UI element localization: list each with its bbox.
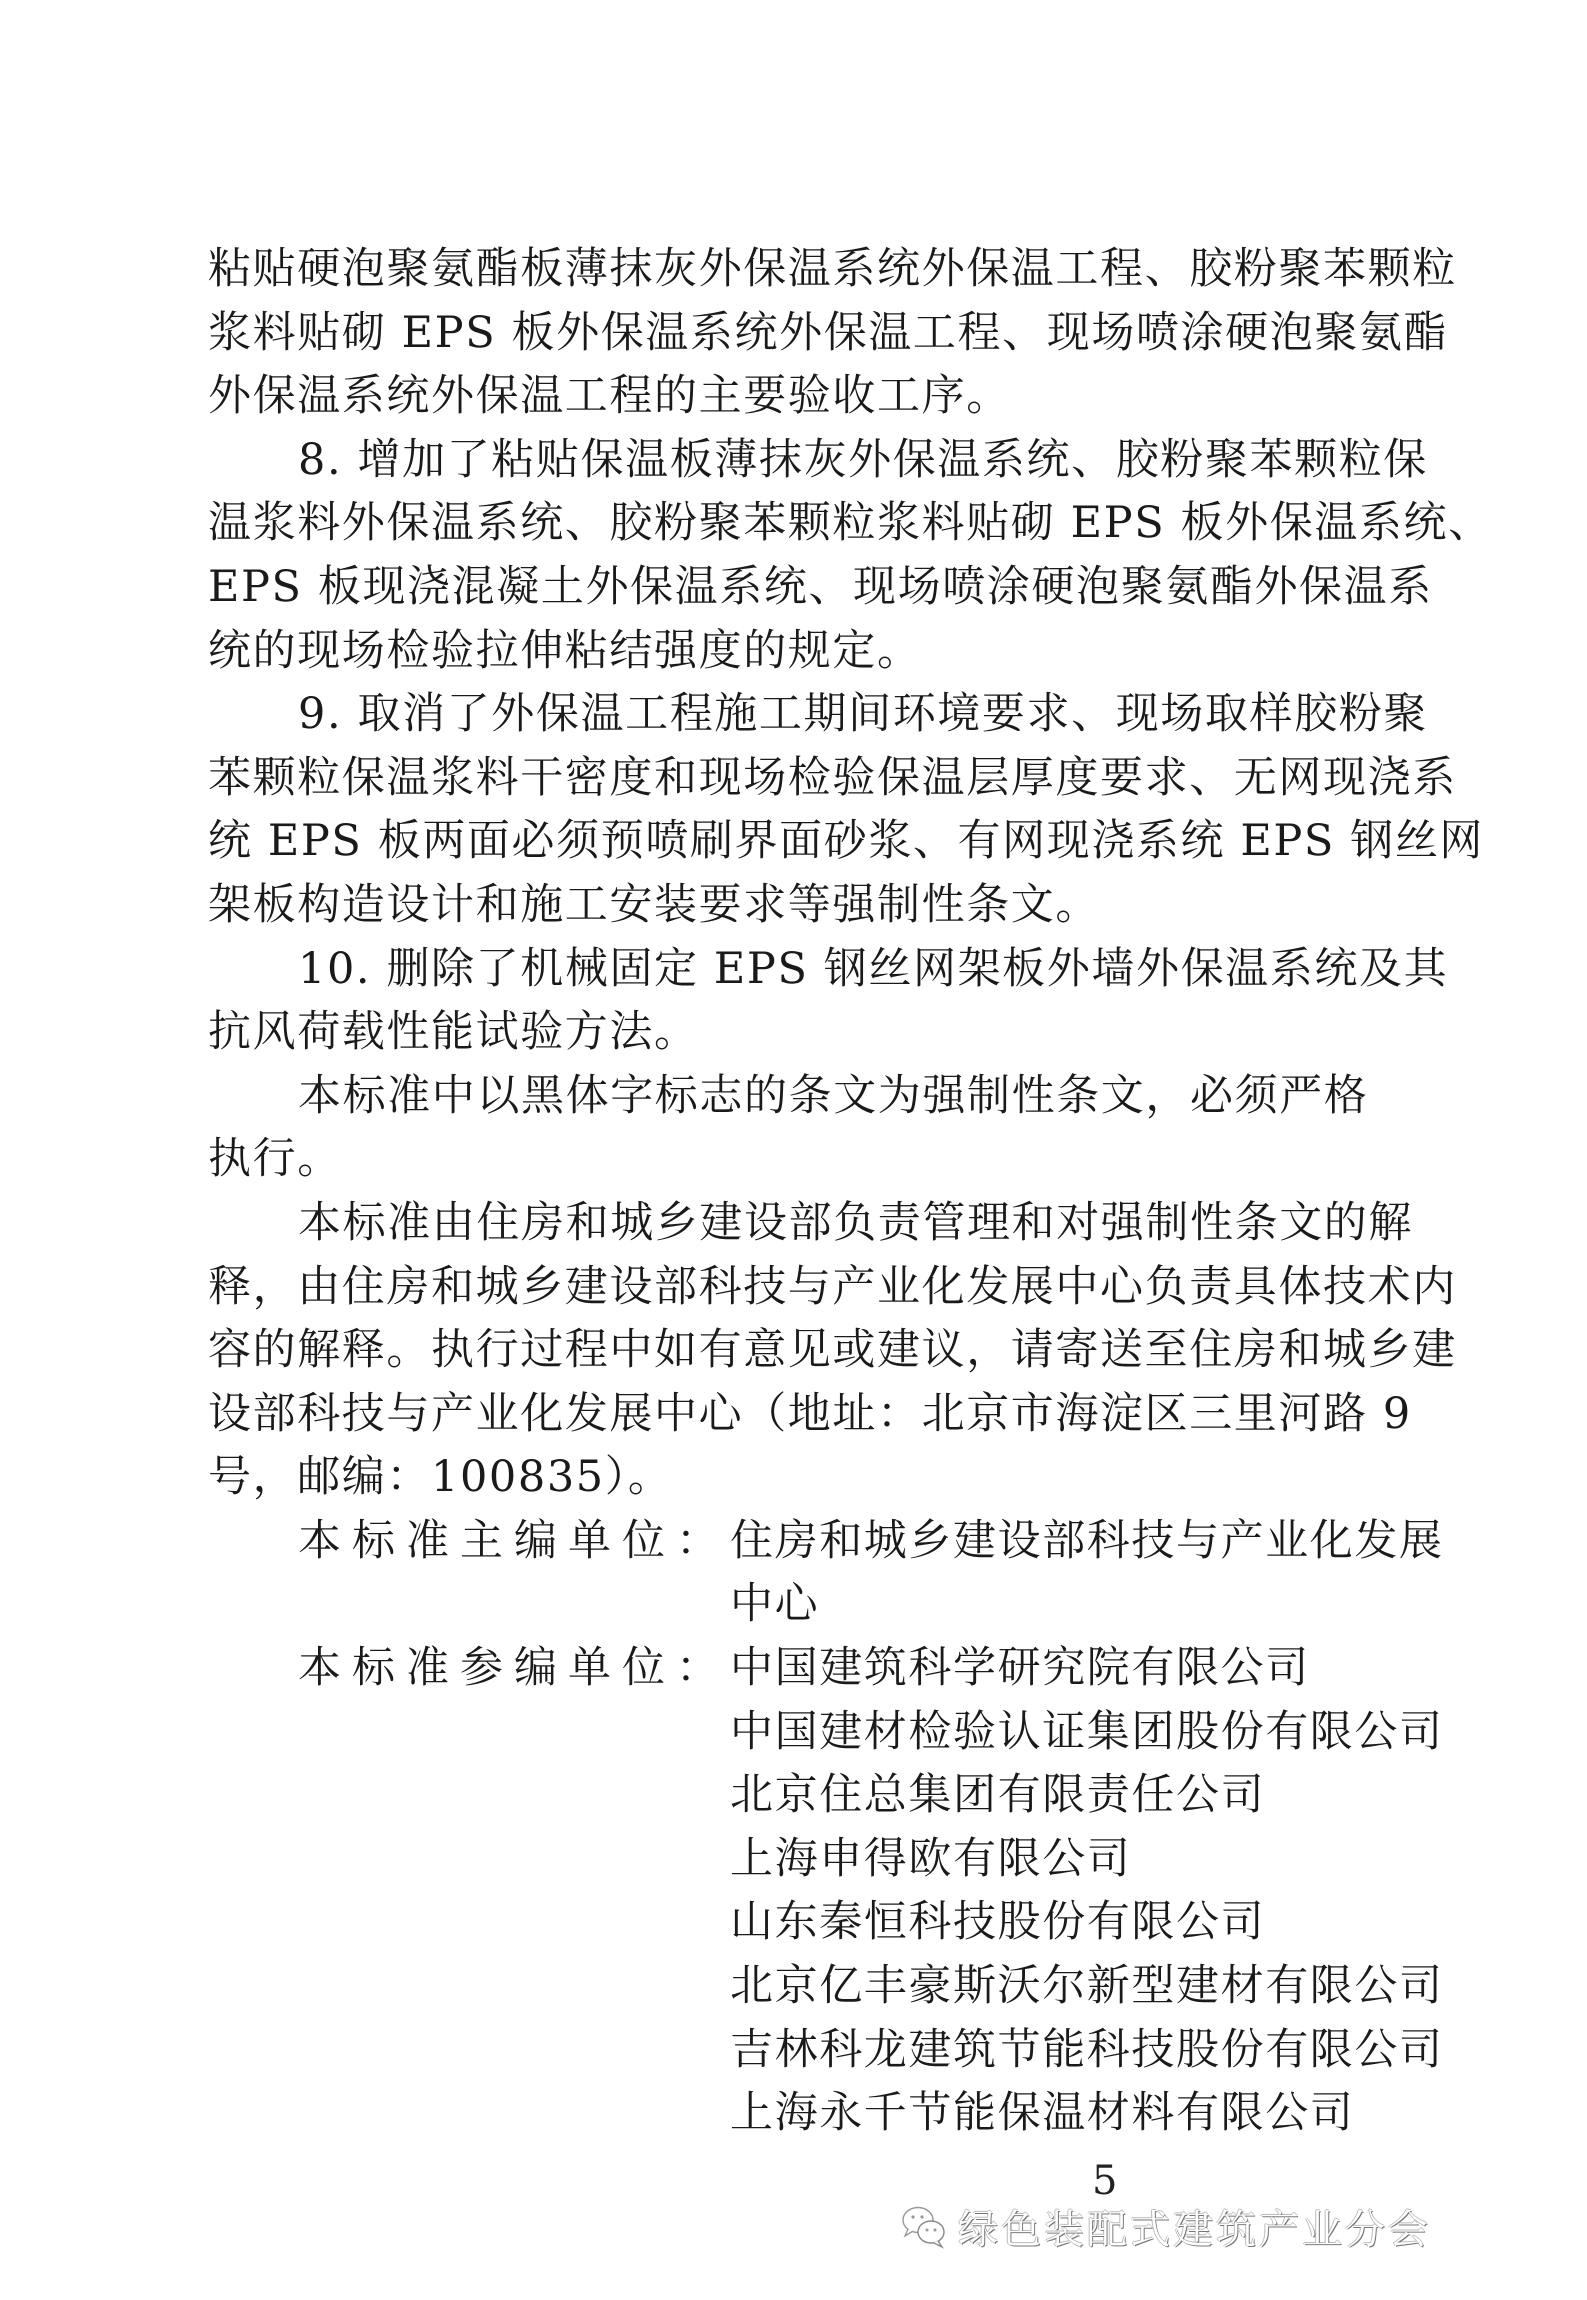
- text-line: 统 EPS 板两面必须预喷刷界面砂浆、有网现浇系统 EPS 钢丝网: [208, 810, 1384, 874]
- participating-editor-units-label: 本标准参编单位：: [208, 1637, 730, 1701]
- text-line: 9. 取消了外保温工程施工期间环境要求、现场取样胶粉聚: [208, 683, 1384, 747]
- paragraph: 粘贴硬泡聚氨酯板薄抹灰外保温系统外保温工程、胶粉聚苯颗粒浆料贴砌 EPS 板外保…: [208, 238, 1384, 429]
- text-line: 温浆料外保温系统、胶粉聚苯颗粒浆料贴砌 EPS 板外保温系统、: [208, 492, 1384, 556]
- organization-name: 山东秦恒科技股份有限公司: [730, 1891, 1444, 1955]
- organization-name: 中国建材检验认证集团股份有限公司: [730, 1701, 1444, 1765]
- organization-name: 北京亿丰豪斯沃尔新型建材有限公司: [730, 1955, 1444, 2019]
- paragraph: 8. 增加了粘贴保温板薄抹灰外保温系统、胶粉聚苯颗粒保温浆料外保温系统、胶粉聚苯…: [208, 429, 1384, 683]
- text-line: 本标准由住房和城乡建设部负责管理和对强制性条文的解: [208, 1192, 1384, 1256]
- text-line: 本标准中以黑体字标志的条文为强制性条文，必须严格: [208, 1065, 1384, 1129]
- document-page: 粘贴硬泡聚氨酯板薄抹灰外保温系统外保温工程、胶粉聚苯颗粒浆料贴砌 EPS 板外保…: [0, 0, 1587, 2300]
- paragraph: 10. 删除了机械固定 EPS 钢丝网架板外墙外保温系统及其抗风荷载性能试验方法…: [208, 938, 1384, 1065]
- paragraph: 9. 取消了外保温工程施工期间环境要求、现场取样胶粉聚苯颗粒保温浆料干密度和现场…: [208, 683, 1384, 937]
- organization-name: 中心: [730, 1573, 1444, 1637]
- text-line: 10. 删除了机械固定 EPS 钢丝网架板外墙外保温系统及其: [208, 938, 1384, 1002]
- text-line: 释，由住房和城乡建设部科技与产业化发展中心负责具体技术内: [208, 1256, 1384, 1320]
- text-line: 苯颗粒保温浆料干密度和现场检验保温层厚度要求、无网现浇系: [208, 747, 1384, 811]
- text-line: 设部科技与产业化发展中心（地址：北京市海淀区三里河路 9: [208, 1383, 1384, 1447]
- text-line: 容的解释。执行过程中如有意见或建议，请寄送至住房和城乡建: [208, 1319, 1384, 1383]
- chief-editor-unit: 本标准主编单位：住房和城乡建设部科技与产业化发展中心: [208, 1510, 1384, 1637]
- text-line: 执行。: [208, 1128, 1384, 1192]
- chief-editor-unit-list: 住房和城乡建设部科技与产业化发展中心: [730, 1510, 1444, 1637]
- organization-name: 上海永千节能保温材料有限公司: [730, 2082, 1444, 2146]
- chief-editor-unit-label: 本标准主编单位：: [208, 1510, 730, 1574]
- text-line: 号，邮编：100835）。: [208, 1446, 1384, 1510]
- participating-editor-units-list: 中国建筑科学研究院有限公司中国建材检验认证集团股份有限公司北京住总集团有限责任公…: [730, 1637, 1444, 2146]
- text-line: EPS 板现浇混凝土外保温系统、现场喷涂硬泡聚氨酯外保温系: [208, 556, 1384, 620]
- text-line: 8. 增加了粘贴保温板薄抹灰外保温系统、胶粉聚苯颗粒保: [208, 429, 1384, 493]
- text-line: 抗风荷载性能试验方法。: [208, 1001, 1384, 1065]
- text-line: 浆料贴砌 EPS 板外保温系统外保温工程、现场喷涂硬泡聚氨酯: [208, 302, 1384, 366]
- watermark-text: 绿色装配式建筑产业分会: [958, 2198, 1431, 2255]
- organization-name: 上海申得欧有限公司: [730, 1828, 1444, 1892]
- watermark: 绿色装配式建筑产业分会: [900, 2196, 1431, 2256]
- organization-name: 吉林科龙建筑节能科技股份有限公司: [730, 2019, 1444, 2083]
- text-line: 架板构造设计和施工安装要求等强制性条文。: [208, 874, 1384, 938]
- organization-name: 中国建筑科学研究院有限公司: [730, 1637, 1444, 1701]
- organization-name: 住房和城乡建设部科技与产业化发展: [730, 1510, 1444, 1574]
- text-line: 外保温系统外保温工程的主要验收工序。: [208, 365, 1384, 429]
- document-body: 粘贴硬泡聚氨酯板薄抹灰外保温系统外保温工程、胶粉聚苯颗粒浆料贴砌 EPS 板外保…: [208, 238, 1384, 2146]
- text-line: 统的现场检验拉伸粘结强度的规定。: [208, 620, 1384, 684]
- participating-editor-units: 本标准参编单位：中国建筑科学研究院有限公司中国建材检验认证集团股份有限公司北京住…: [208, 1637, 1384, 2146]
- text-line: 粘贴硬泡聚氨酯板薄抹灰外保温系统外保温工程、胶粉聚苯颗粒: [208, 238, 1384, 302]
- paragraph: 本标准由住房和城乡建设部负责管理和对强制性条文的解释，由住房和城乡建设部科技与产…: [208, 1192, 1384, 1510]
- organization-name: 北京住总集团有限责任公司: [730, 1764, 1444, 1828]
- wechat-icon: [900, 2202, 948, 2250]
- paragraph: 本标准中以黑体字标志的条文为强制性条文，必须严格执行。: [208, 1065, 1384, 1192]
